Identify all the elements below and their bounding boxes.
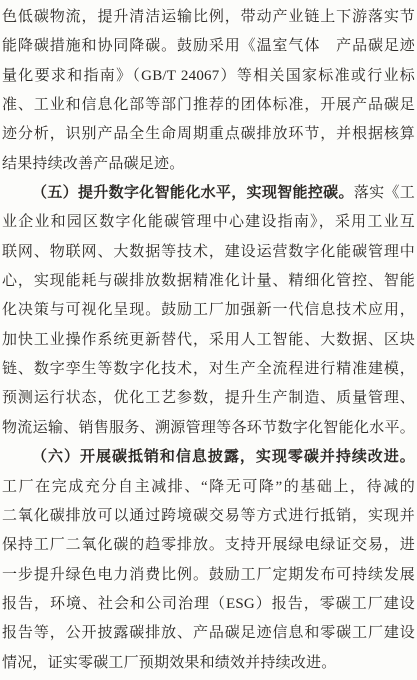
- body-text: 链、数字孪生等数字化技术，对生产全流程进行精准建模，: [2, 361, 415, 377]
- body-text: 业企业和园区数字化能碳管理中心建设指南》，采用工业互: [2, 214, 415, 230]
- text-line: 结果持续改善产品碳足迹。: [2, 150, 415, 179]
- body-text: 二氧化碳排放可以通过跨境碳交易等方式进行抵销，实现并: [2, 508, 415, 524]
- text-line: 情况，证实零碳工厂预期效果和绩效并持续改进。: [2, 649, 415, 678]
- text-line: 准、工业和信息化部等部门推荐的团体标准，开展产品碳足: [2, 91, 415, 120]
- text-line: 量化要求和指南》（GB/T 24067）等相关国家标准或行业标: [2, 62, 415, 91]
- body-text: 工厂在完成充分自主减排、“降无可降”的基础上，待减的: [2, 479, 415, 495]
- text-line: 一步提升绿色电力消费比例。鼓励工厂定期发布可持续发展: [2, 561, 415, 590]
- text-line: 报告等，公开披露碳排放、产品碳足迹信息和零碳工厂建设: [2, 619, 415, 648]
- text-line: 链、数字孪生等数字化技术，对生产全流程进行精准建模，: [2, 355, 415, 384]
- text-line: 预测运行状态，优化工艺参数，提升生产制造、质量管理、: [2, 384, 415, 413]
- document-page: 色低碳物流，提升清洁运输比例，带动产业链上下游落实节 能降碳措施和协同降碳。鼓励…: [0, 0, 417, 680]
- body-text: 联网、物联网、大数据等技术，建设运营数字化能碳管理中: [2, 244, 415, 260]
- body-text: 色低碳物流，提升清洁运输比例，带动产业链上下游落实节: [2, 9, 415, 25]
- text-line: 工厂在完成充分自主减排、“降无可降”的基础上，待减的: [2, 473, 415, 502]
- text-line: 报告，环境、社会和公司治理（ESG）报告，零碳工厂建设: [2, 590, 415, 619]
- section-heading-6: （六）开展碳抵销和信息披露，实现零碳并持续改进。: [32, 449, 415, 465]
- body-text: 能降碳措施和协同降碳。鼓励采用《温室气体 产品碳足迹: [2, 38, 415, 54]
- text-line: 能降碳措施和协同降碳。鼓励采用《温室气体 产品碳足迹: [2, 32, 415, 61]
- text-line: 业企业和园区数字化能碳管理中心建设指南》，采用工业互: [2, 208, 415, 237]
- text-line: 化决策与可视化呈现。鼓励工厂加强新一代信息技术应用，: [2, 296, 415, 325]
- body-text: 迹分析，识别产品全生命周期重点碳排放环节，并根据核算: [2, 126, 415, 142]
- body-text: 量化要求和指南》（GB/T 24067）等相关国家标准或行业标: [2, 68, 415, 84]
- text-line: 保持工厂二氧化碳的趋零排放。支持开展绿电绿证交易，进: [2, 531, 415, 560]
- body-text: 一步提升绿色电力消费比例。鼓励工厂定期发布可持续发展: [2, 567, 415, 583]
- body-text: 情况，证实零碳工厂预期效果和绩效并持续改进。: [2, 655, 336, 671]
- text-line: （五）提升数字化智能化水平，实现智能控碳。落实《工: [2, 179, 415, 208]
- text-line: （六）开展碳抵销和信息披露，实现零碳并持续改进。: [2, 443, 415, 472]
- body-text: 加快工业操作系统更新替代，采用人工智能、大数据、区块: [2, 332, 415, 348]
- body-text: 心，实现能耗与碳排放数据精准化计量、精细化管控、智能: [2, 273, 415, 289]
- body-text: 预测运行状态，优化工艺参数，提升生产制造、质量管理、: [2, 390, 415, 406]
- text-line: 心，实现能耗与碳排放数据精准化计量、精细化管控、智能: [2, 267, 415, 296]
- text-line: 迹分析，识别产品全生命周期重点碳排放环节，并根据核算: [2, 120, 415, 149]
- body-text: 结果持续改善产品碳足迹。: [2, 156, 184, 172]
- text-line: 加快工业操作系统更新替代，采用人工智能、大数据、区块: [2, 326, 415, 355]
- body-text: 报告，环境、社会和公司治理（ESG）报告，零碳工厂建设: [2, 596, 415, 612]
- text-line: 二氧化碳排放可以通过跨境碳交易等方式进行抵销，实现并: [2, 502, 415, 531]
- section-heading-5: （五）提升数字化智能化水平，实现智能控碳。: [32, 185, 354, 201]
- body-text: 报告等，公开披露碳排放、产品碳足迹信息和零碳工厂建设: [2, 625, 415, 641]
- text-line: 联网、物联网、大数据等技术，建设运营数字化能碳管理中: [2, 238, 415, 267]
- body-text: 保持工厂二氧化碳的趋零排放。支持开展绿电绿证交易，进: [2, 537, 415, 553]
- text-line: 色低碳物流，提升清洁运输比例，带动产业链上下游落实节: [2, 3, 415, 32]
- body-text: 准、工业和信息化部等部门推荐的团体标准，开展产品碳足: [2, 97, 415, 113]
- body-text: 化决策与可视化呈现。鼓励工厂加强新一代信息技术应用，: [2, 302, 415, 318]
- body-text: 落实《工: [354, 185, 415, 201]
- body-text: 物流运输、销售服务、溯源管理等各环节数字化智能化水平。: [2, 420, 415, 436]
- text-line: 物流运输、销售服务、溯源管理等各环节数字化智能化水平。: [2, 414, 415, 443]
